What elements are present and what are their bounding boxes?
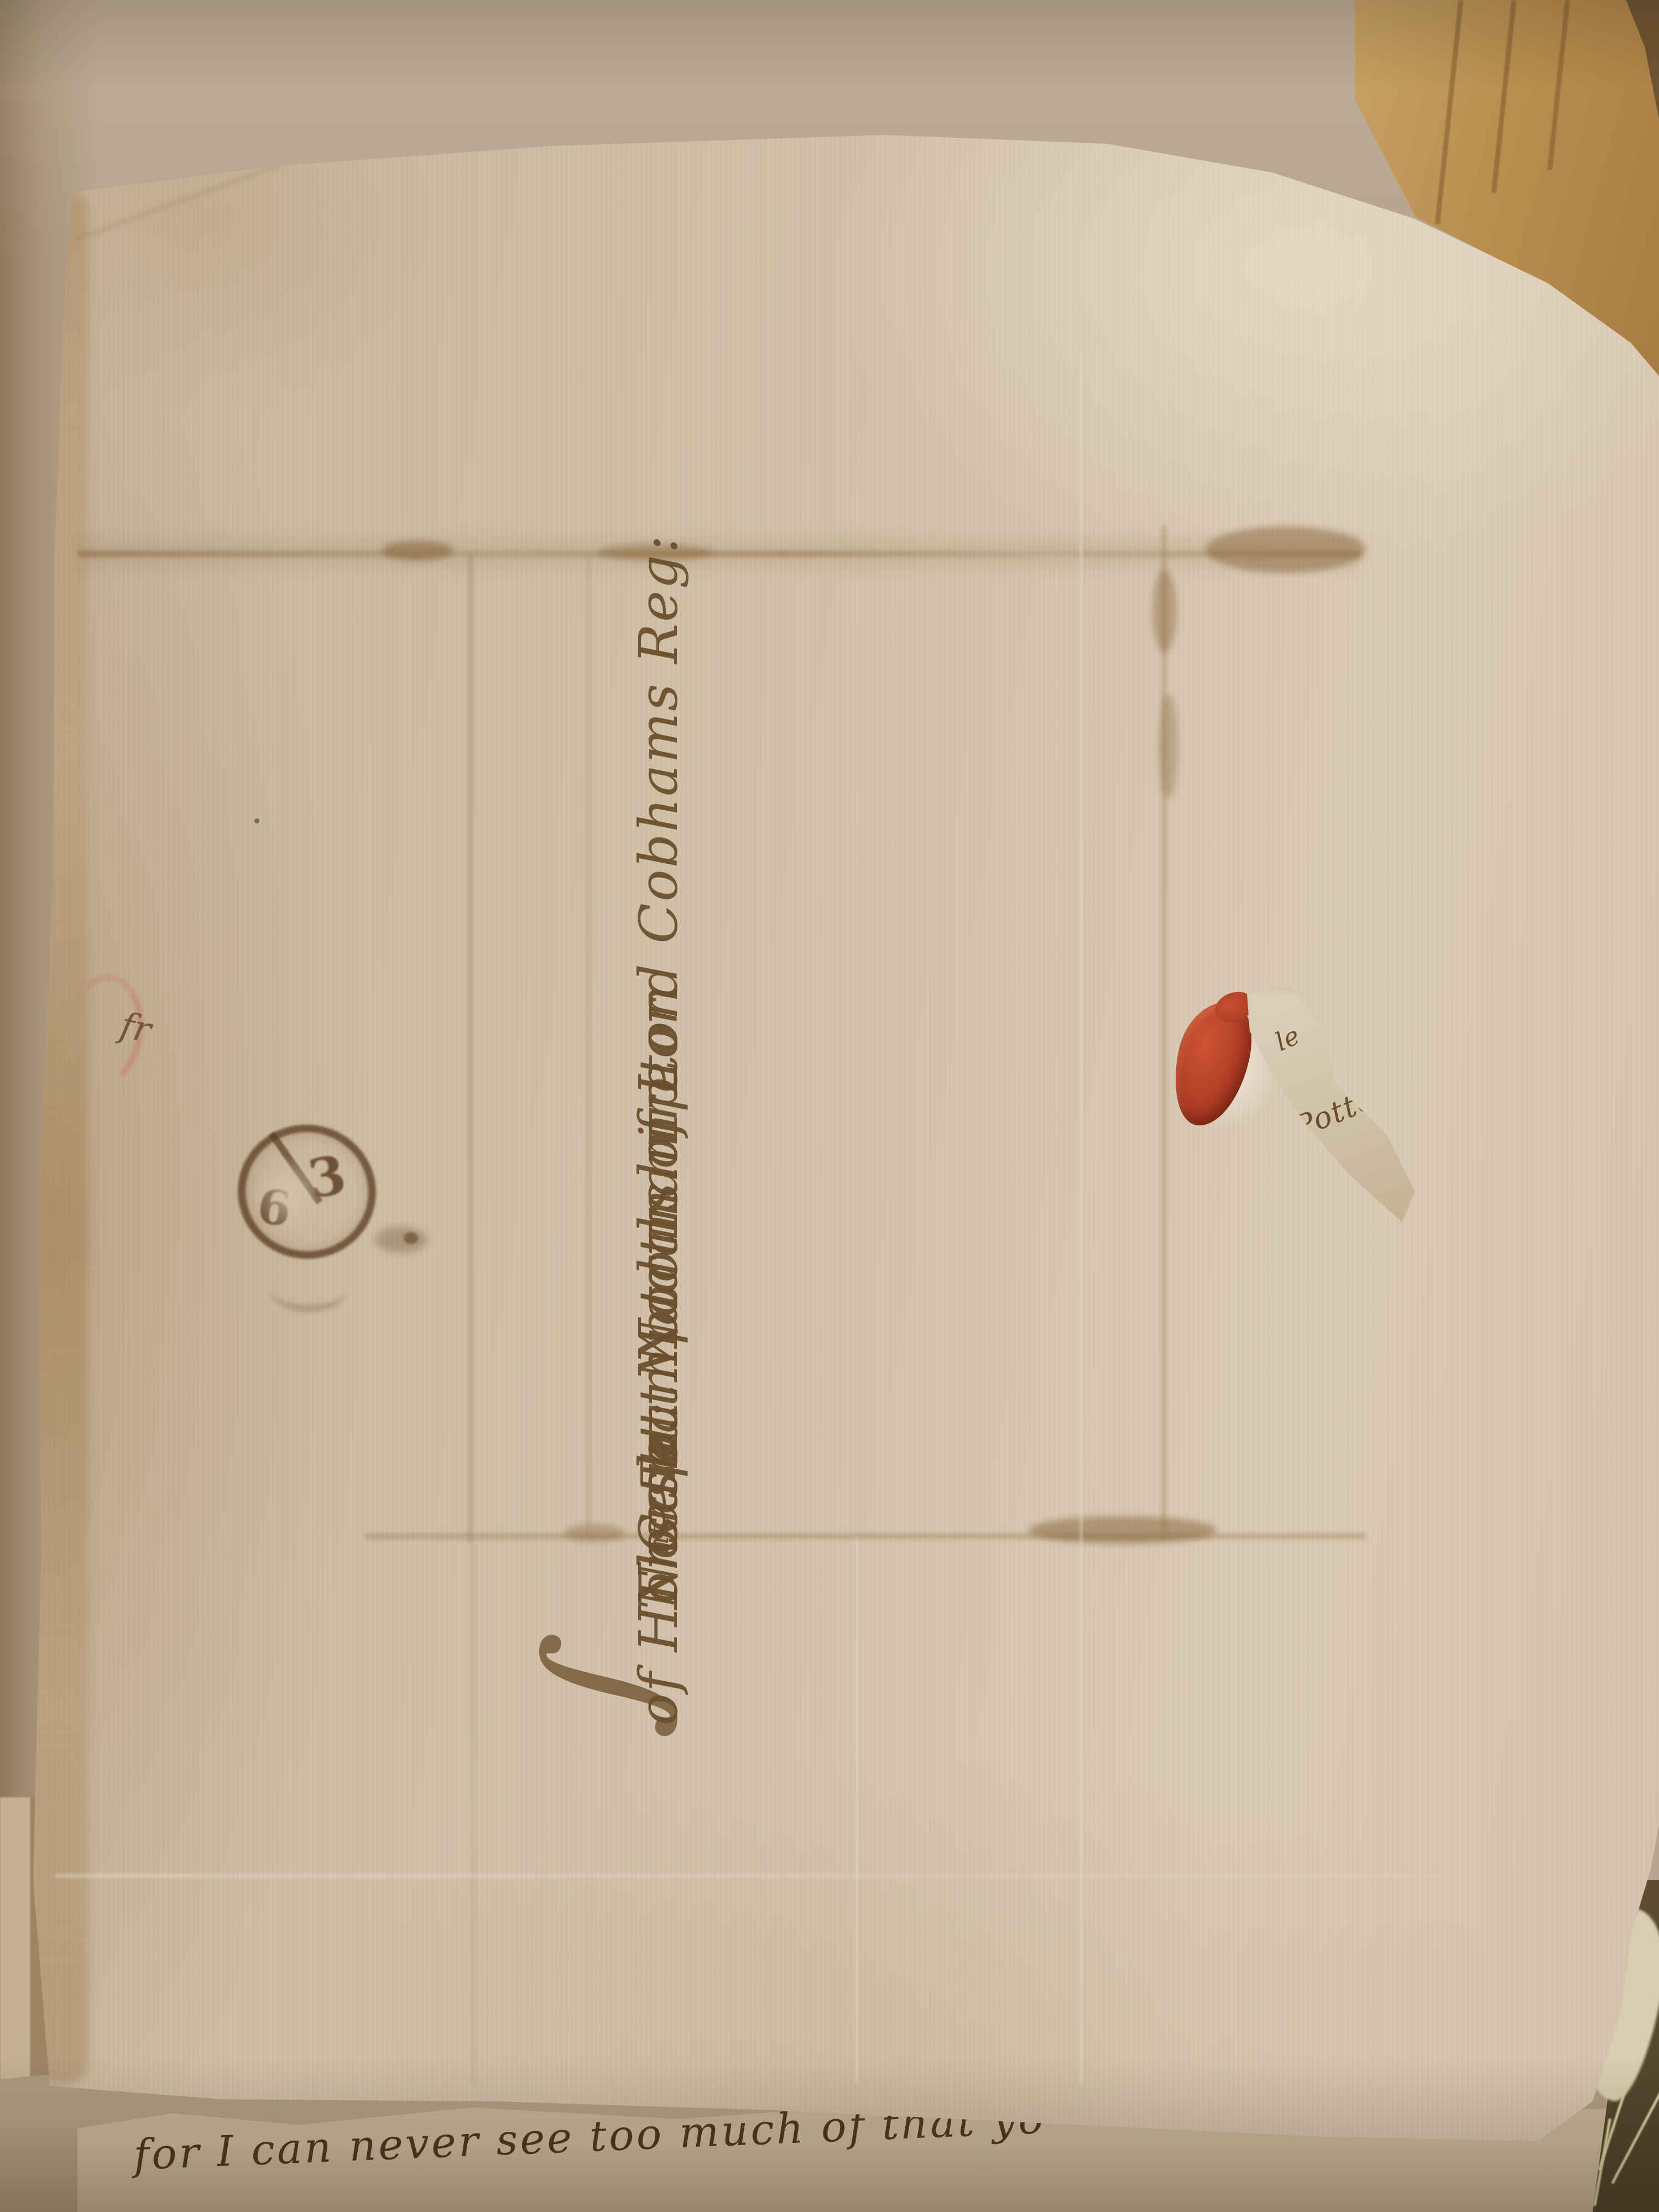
letter-sheet: 3 6 fr To Capt: Madan of Lord Cobhams Re… [0, 0, 1659, 2212]
crease-stain [1206, 526, 1366, 573]
postal-stamp: 3 6 [238, 1123, 376, 1261]
fold-crease-vertical-left-lower [471, 1543, 476, 2085]
address-county-text: Northamptonshire [600, 1058, 717, 1609]
fold-crease-faint-low [55, 1874, 1438, 1878]
fold-crease-vertical-left [468, 553, 473, 1543]
crease-stain [1152, 570, 1177, 653]
fold-crease-vertical-mid [586, 556, 591, 1535]
stamp-worn-patch [253, 1156, 325, 1233]
ink-speck [254, 818, 259, 823]
tan-page-fold-line [1434, 1, 1463, 225]
address-block: To Capt: Madan of Lord Cobhams Reg:nt of… [600, 525, 1073, 1725]
stamp-smudge [404, 1232, 418, 1244]
fold-crease-light [1078, 354, 1084, 2085]
letter-photo: for I can never see too much of that yo [0, 0, 1659, 2212]
fragment-word-1: le [1271, 1020, 1304, 1057]
tan-page-fold-line [1547, 0, 1570, 170]
flourish-swash: ∫ [591, 1641, 609, 1725]
stamp-offset-arc [270, 1267, 347, 1312]
crease-stain [1159, 694, 1178, 799]
tan-page-fold-line [1491, 0, 1517, 193]
fragment-word-2: Potte [1289, 1081, 1380, 1145]
red-seal-offset-mark: fr [65, 974, 187, 1096]
crease-stain [382, 541, 453, 561]
stamp-smudge [375, 1227, 427, 1253]
